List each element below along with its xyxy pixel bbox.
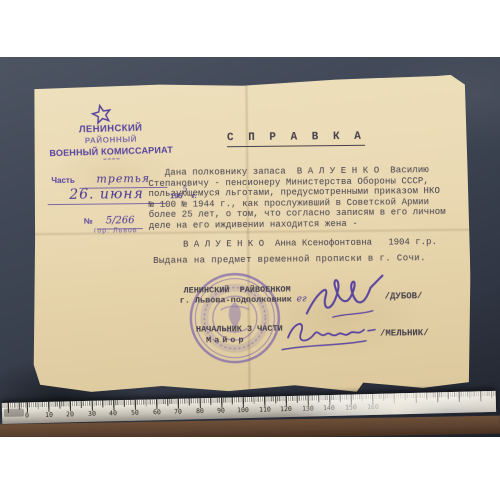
- part-value-handwritten: третья: [96, 172, 150, 186]
- official-1-name: /ДУБОВ/: [385, 291, 423, 301]
- photo-of-document: ЛЕНИНСКИЙ РАЙОННЫЙ ВОЕННЫЙ КОМИССАРИАТ Ч…: [0, 57, 500, 437]
- official-1-role-line-2: г. Львова-подполковник: [180, 295, 292, 306]
- certificate-paper: ЛЕНИНСКИЙ РАЙОННЫЙ ВОЕННЫЙ КОМИССАРИАТ Ч…: [26, 74, 471, 401]
- letterhead-line: ВОЕННЫЙ КОМИССАРИАТ: [41, 144, 181, 158]
- signature-melnik: [280, 317, 378, 354]
- date-value-handwritten: 26. июня: [69, 186, 144, 203]
- body-paragraph: Дана полковнику запаса В А Л У Е Н К О В…: [148, 165, 479, 232]
- purpose-line: Выдана на предмет временной прописки в г…: [153, 253, 426, 266]
- document-heading: С П Р А В К А: [227, 131, 365, 147]
- official-2-role-line-1: НАЧАЛЬНИК 3 ЧАСТИ: [196, 324, 283, 335]
- number-value-handwritten: 5/266: [106, 215, 135, 226]
- letterhead-stamp: ЛЕНИНСКИЙ РАЙОННЫЙ ВОЕННЫЙ КОМИССАРИАТ: [40, 121, 181, 164]
- official-2-role-line-2: Майор: [206, 335, 247, 345]
- number-label: №: [84, 217, 93, 226]
- city-line: гор. Львов: [94, 227, 138, 234]
- official-2-name: /МЕЛЬНИК/: [380, 328, 429, 339]
- part-label: Часть: [51, 176, 74, 185]
- star-icon: [91, 103, 113, 125]
- letterhead-divider: [103, 158, 119, 162]
- dependent-line: В А Л У Е Н К О Анна Ксенофонтовна 1904 …: [183, 237, 437, 250]
